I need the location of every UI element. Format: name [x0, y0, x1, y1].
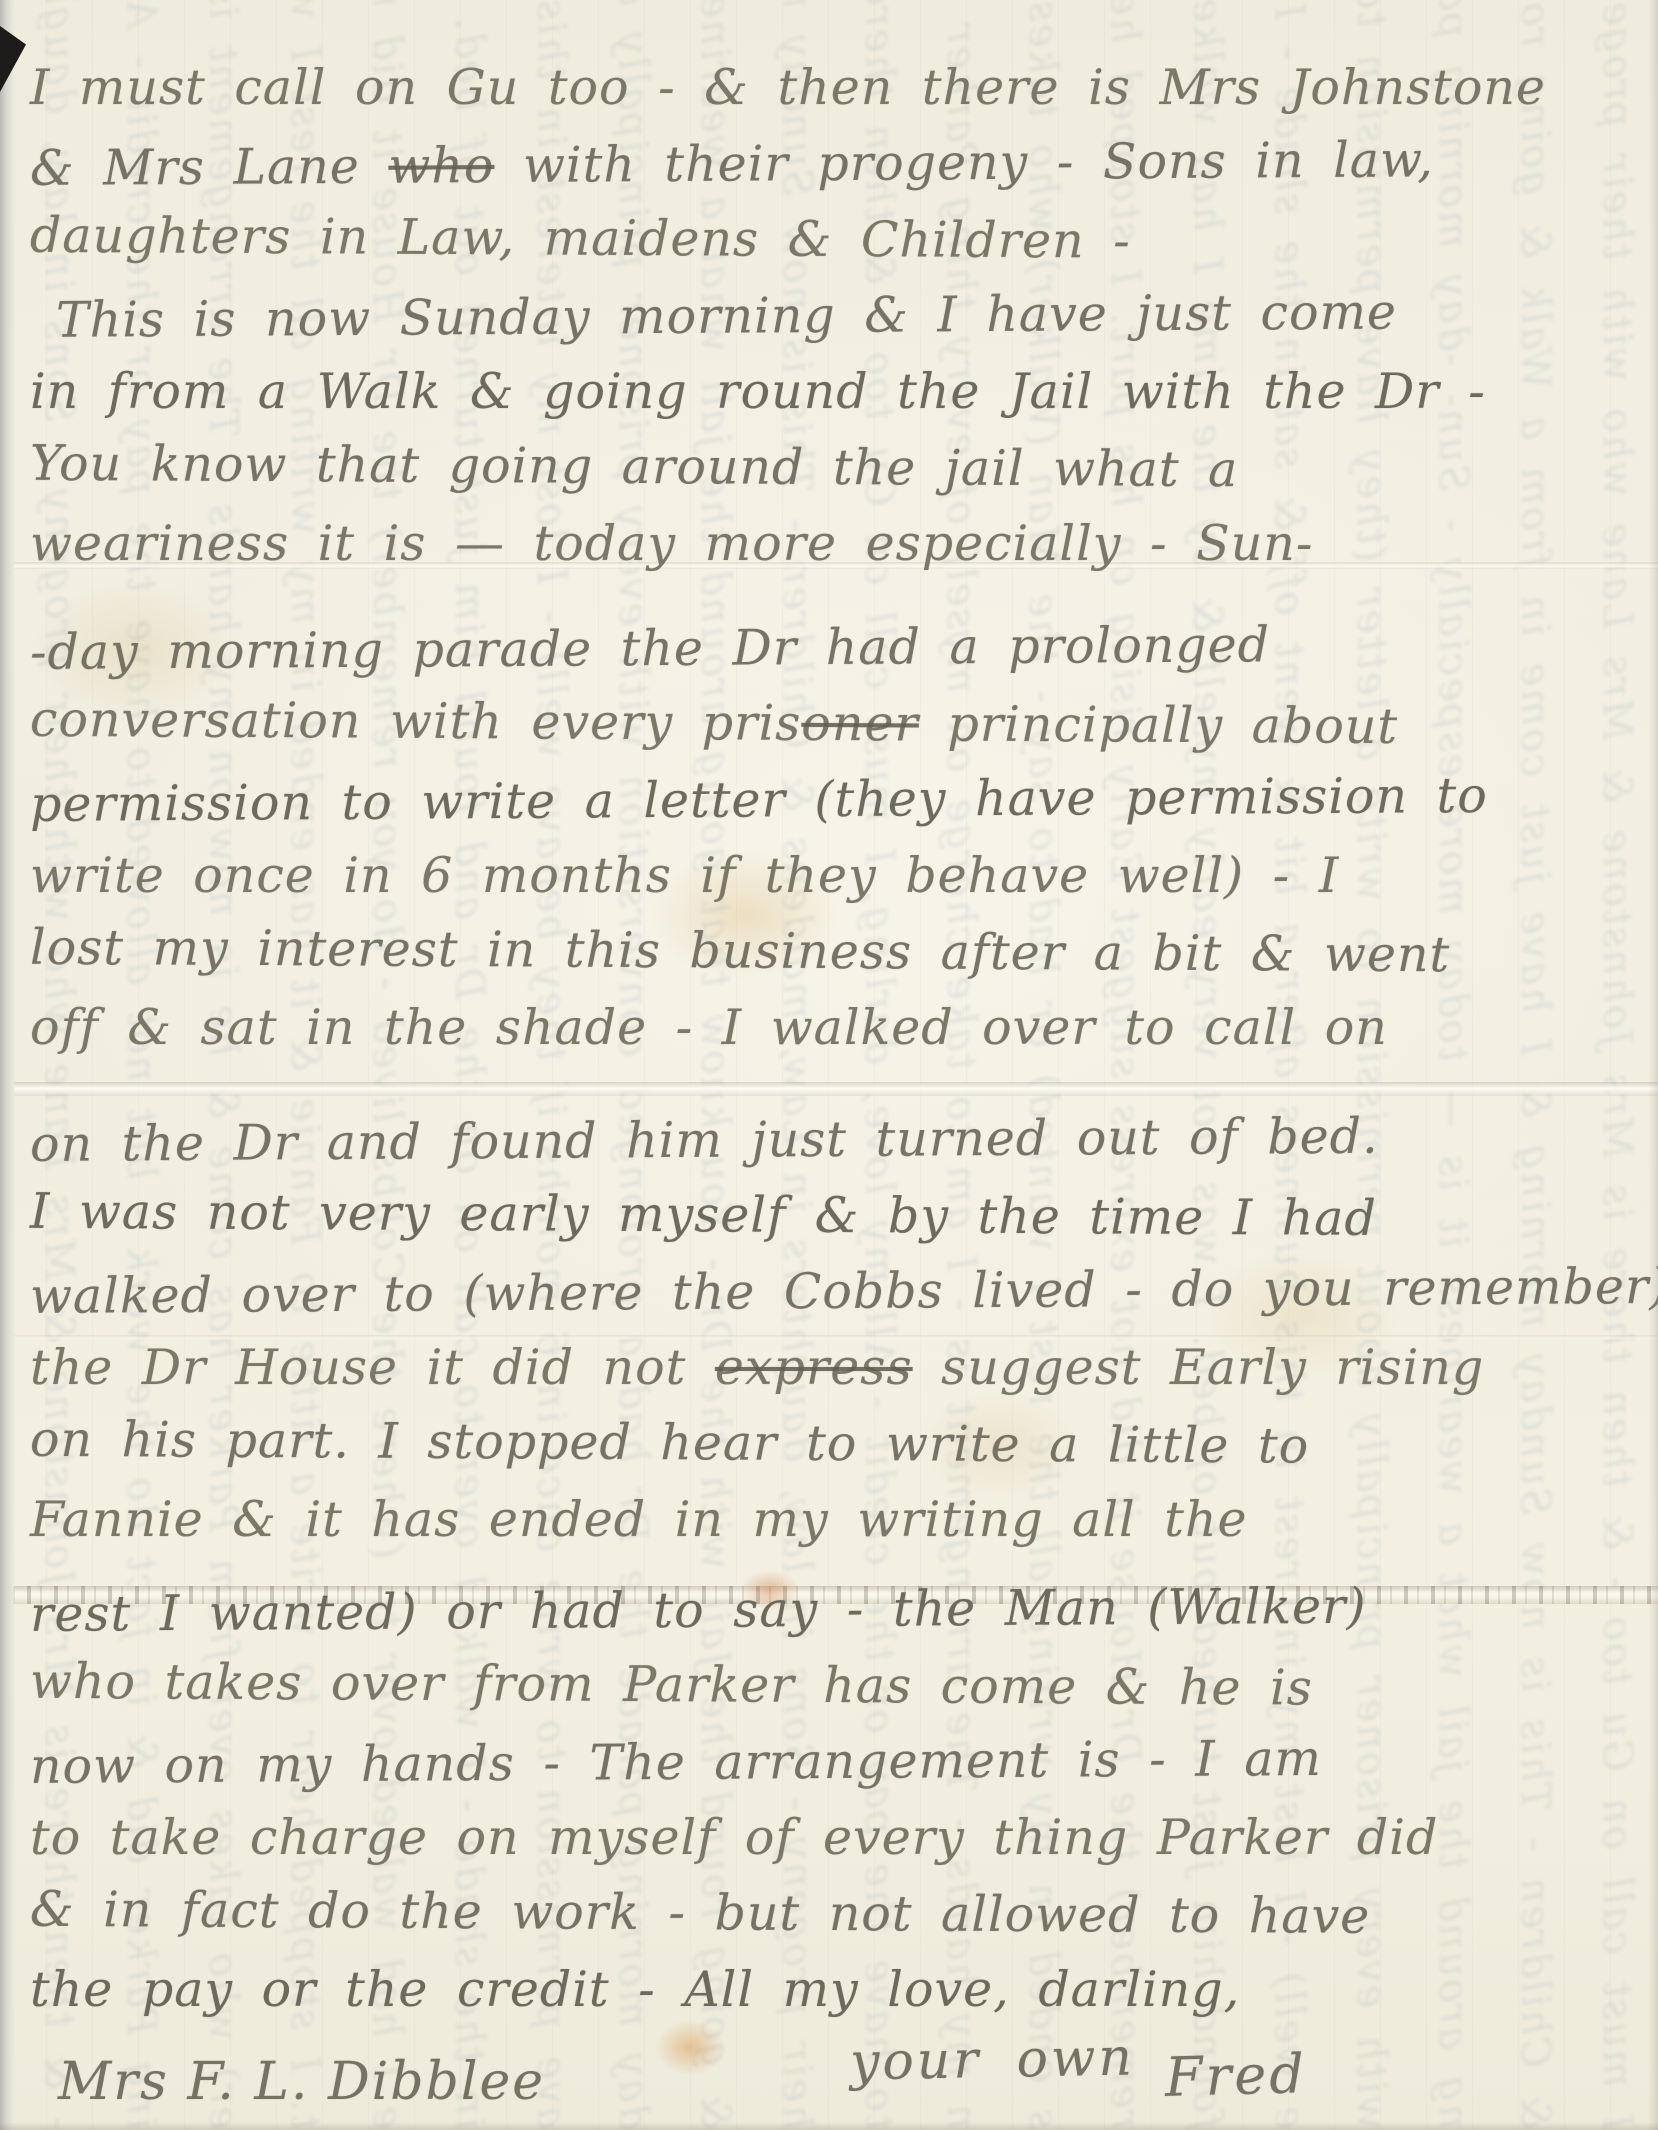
scan-edge: [0, 0, 16, 2130]
letter-text: on the Dr and found him just turned out …: [30, 1108, 1379, 1173]
letter-line: permission to write a letter (they have …: [30, 757, 1630, 843]
letter-body: I must call on Gu too - & then there is …: [30, 0, 1630, 2028]
letter-text: principally about: [919, 695, 1399, 755]
letter-text: rest I wanted) or had to say - the Man (…: [30, 1578, 1367, 1643]
letter-line: lost my interest in this business after …: [30, 910, 1630, 994]
letter-line: the Dr House it did not express suggest …: [30, 1330, 1630, 1406]
letter-text: write once in 6 months if they behave we…: [30, 847, 1339, 904]
letter-line: on his part. I stopped hear to write a l…: [30, 1402, 1630, 1486]
letter-text: I was not very early myself & by the tim…: [30, 1183, 1377, 1247]
letter-line: conversation with every prisoner princip…: [30, 682, 1630, 766]
letter-text: permission to write a letter (they have …: [30, 767, 1488, 833]
letter-line: to take charge on myself of every thing …: [30, 1800, 1630, 1876]
struck-word: oner: [801, 695, 919, 753]
letter-line: the pay or the credit - All my love, dar…: [30, 1952, 1630, 2028]
closing-phrase: your own: [849, 2028, 1135, 2093]
letter-text: in from a Walk & going round the Jail wi…: [30, 363, 1486, 420]
letter-text: I must call on Gu too - & then there is …: [30, 59, 1546, 116]
letter-line: who takes over from Parker has come & he…: [30, 1644, 1630, 1728]
letter-text: conversation with every pris: [30, 691, 802, 752]
letter-line: I was not very early myself & by the tim…: [30, 1174, 1630, 1258]
letter-line: walked over to (where the Cobbs lived - …: [30, 1249, 1630, 1335]
letter-line: Fannie & it has ended in my writing all …: [30, 1482, 1630, 1558]
letter-text: & in fact do the work - but not allowed …: [30, 1881, 1371, 1945]
letter-line: in from a Walk & going round the Jail wi…: [30, 354, 1630, 430]
letter-page: I must call on Gu too - & then there is …: [0, 0, 1658, 2130]
paper-edge-bottom: [0, 2122, 1658, 2130]
letter-text: to take charge on myself of every thing …: [30, 1809, 1438, 1866]
letter-line: off & sat in the shade - I walked over t…: [30, 990, 1630, 1066]
letter-line: -day morning parade the Dr had a prolong…: [30, 605, 1630, 691]
letter-line: on the Dr and found him just turned out …: [30, 1097, 1630, 1183]
addressee-name: Mrs F. L. Dibblee: [58, 2052, 545, 2112]
letter-line: This is now Sunday morning & I have just…: [30, 273, 1630, 359]
struck-word: who: [388, 137, 494, 195]
letter-line: I must call on Gu too - & then there is …: [30, 50, 1630, 126]
letter-line: You know that going around the jail what…: [30, 426, 1630, 510]
letter-line: daughters in Law, maidens & Children -: [30, 198, 1630, 282]
letter-text: off & sat in the shade - I walked over t…: [30, 999, 1388, 1056]
letter-text: & Mrs Lane: [30, 138, 389, 197]
letter-text: who takes over from Parker has come & he…: [30, 1653, 1313, 1717]
letter-text: walked over to (where the Cobbs lived - …: [30, 1258, 1658, 1325]
letter-line: write once in 6 months if they behave we…: [30, 838, 1630, 914]
letter-line: & Mrs Lane who with their progeny - Sons…: [30, 121, 1630, 207]
letter-text: the pay or the credit - All my love, dar…: [30, 1961, 1240, 2018]
letter-text: the Dr House it did not: [30, 1339, 715, 1396]
letter-text: -day morning parade the Dr had a prolong…: [30, 616, 1270, 681]
letter-text: This is now Sunday morning & I have just…: [56, 284, 1397, 349]
letter-text: lost my interest in this business after …: [30, 919, 1450, 983]
letter-line: now on my hands - The arrangement is - I…: [30, 1719, 1630, 1805]
letter-line: weariness it is — today more especially …: [30, 506, 1630, 582]
letter-footer: Mrs F. L. Dibblee your own Fred: [0, 2022, 1658, 2130]
letter-text: now on my hands - The arrangement is - I…: [30, 1730, 1322, 1795]
letter-text: You know that going around the jail what…: [30, 435, 1239, 498]
letter-line: rest I wanted) or had to say - the Man (…: [30, 1567, 1630, 1653]
struck-word: express: [715, 1339, 913, 1396]
letter-text: suggest Early rising: [913, 1339, 1485, 1396]
letter-text: on his part. I stopped hear to write a l…: [30, 1411, 1309, 1475]
letter-text: daughters in Law, maidens & Children -: [30, 207, 1131, 270]
letter-text: with their progeny - Sons in law,: [494, 131, 1434, 194]
letter-text: Fannie & it has ended in my writing all …: [30, 1491, 1248, 1548]
letter-line: & in fact do the work - but not allowed …: [30, 1872, 1630, 1956]
signature-name: Fred: [1164, 2042, 1307, 2109]
paper-edge-right: [1648, 0, 1658, 2130]
letter-text: weariness it is — today more especially …: [30, 515, 1313, 572]
